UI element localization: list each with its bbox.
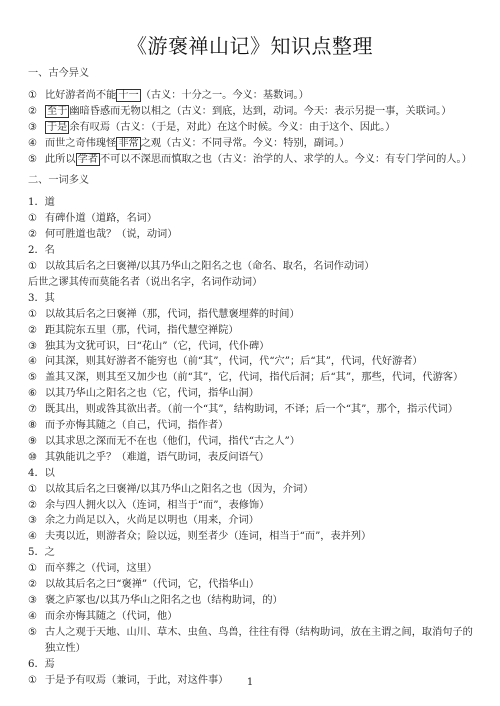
list-item: ③独其为文犹可识，曰“花山”（它，代词，代仆碑） [28, 339, 478, 355]
list-item: ③于是余有叹焉（古义：（于是，对此）在这个时候。今义：由于这个、因此。） [28, 120, 478, 136]
list-item: ⑤盖其又深，则其至又加少也（前“其”，它，代词，指代后洞；后“其”，那些，代词，… [28, 370, 478, 386]
list-item: ⑤此所以学者不可以不深思而慎取之也（古义：治学的人、求学的人。今义：有专门学问的… [28, 152, 478, 168]
page-title: 《游褒禅山记》知识点整理 [0, 30, 500, 59]
list-item: 后世之谬其传而莫能名者（说出名字，名词作动词） [28, 275, 478, 291]
word-label: 2．名 [28, 243, 478, 259]
highlighted-term: 十一 [116, 89, 140, 102]
list-item: ②何可胜道也哉？（说，动词） [28, 227, 478, 243]
list-item: ⑨以其求思之深而无不在也（他们，代词，指代“古之人”） [28, 434, 478, 450]
highlighted-term: 至于 [45, 105, 69, 118]
list-item: ②至于幽暗昏惑而无物以相之（古义：到底，达到，动词。今天：表示另提一事，关联词。… [28, 104, 478, 120]
list-item: ④而余亦悔其随之（代词，他） [28, 609, 478, 625]
list-item: ⑦既其出，则或咎其欲出者。（前一个“其”，结构助词，不译；后一个“其”，那个，指… [28, 402, 478, 418]
section-heading: 一、古今异义 [28, 66, 478, 82]
list-item: ⑥以其乃华山之阳名之也（它，代词，指华山洞） [28, 386, 478, 402]
list-item: ④夫夷以近，则游者众；险以远，则至者少（连词，相当于“而”，表并列） [28, 529, 478, 545]
word-label: 6．焉 [28, 657, 478, 673]
list-item: ①比好游者尚不能十一（古义：十分之一。今义：基数词。） [28, 88, 478, 104]
list-item: ③余之力尚足以入，火尚足以明也（用来，介词） [28, 513, 478, 529]
word-label: 3．其 [28, 291, 478, 307]
list-item: ①以故其后名之曰褒禅/以其乃华山之阳名之也（因为，介词） [28, 482, 478, 498]
list-item: ②距其院东五里（那，代词，指代慧空禅院） [28, 323, 478, 339]
list-item: ①而卒葬之（代词，这里） [28, 561, 478, 577]
list-item: ④而世之奇伟瑰怪非常之观（古义：不同寻常。今义：特别，副词。） [28, 136, 478, 152]
highlighted-term: 学者 [76, 153, 100, 166]
list-item: ②以故其后名之曰“褒禅”（代词，它，代指华山） [28, 577, 478, 593]
word-label: 5．之 [28, 545, 478, 561]
list-item: ④问其深，则其好游者不能穷也（前“其”，代词，代“穴”；后“其”，代词，代好游者… [28, 354, 478, 370]
highlighted-term: 于是 [45, 121, 69, 134]
section-heading: 二、一词多义 [28, 173, 478, 189]
highlighted-term: 非常 [116, 137, 140, 150]
list-item: ②余与四人拥火以入（连词，相当于“而”，表修饰） [28, 498, 478, 514]
list-item: ⑧而予亦悔其随之（自己，代词，指作者） [28, 418, 478, 434]
word-label: 4．以 [28, 466, 478, 482]
archaic-modern-list: ①比好游者尚不能十一（古义：十分之一。今义：基数词。） ②至于幽暗昏惑而无物以相… [28, 88, 478, 168]
list-item: ⑩其孰能讥之乎？（难道，语气助词，表反问语气） [28, 450, 478, 466]
page-number: 1 [0, 677, 500, 688]
list-item: ①以故其后名之曰褒禅/以其乃华山之阳名之也（命名、取名，名词作动词） [28, 259, 478, 275]
list-item: ①有碑仆道（道路，名词） [28, 211, 478, 227]
list-item: ①以故其后名之曰褒禅（那，代词，指代慧褒埋葬的时间） [28, 307, 478, 323]
list-item: ③褒之庐冢也/以其乃华山之阳名之也（结构助词，的） [28, 593, 478, 609]
document-body: 一、古今异义 ①比好游者尚不能十一（古义：十分之一。今义：基数词。） ②至于幽暗… [28, 66, 478, 688]
list-item: ⑤古人之观于天地、山川、草木、虫鱼、鸟兽，往往有得（结构助词，放在主谓之间，取消… [28, 625, 478, 657]
word-label: 1．道 [28, 195, 478, 211]
